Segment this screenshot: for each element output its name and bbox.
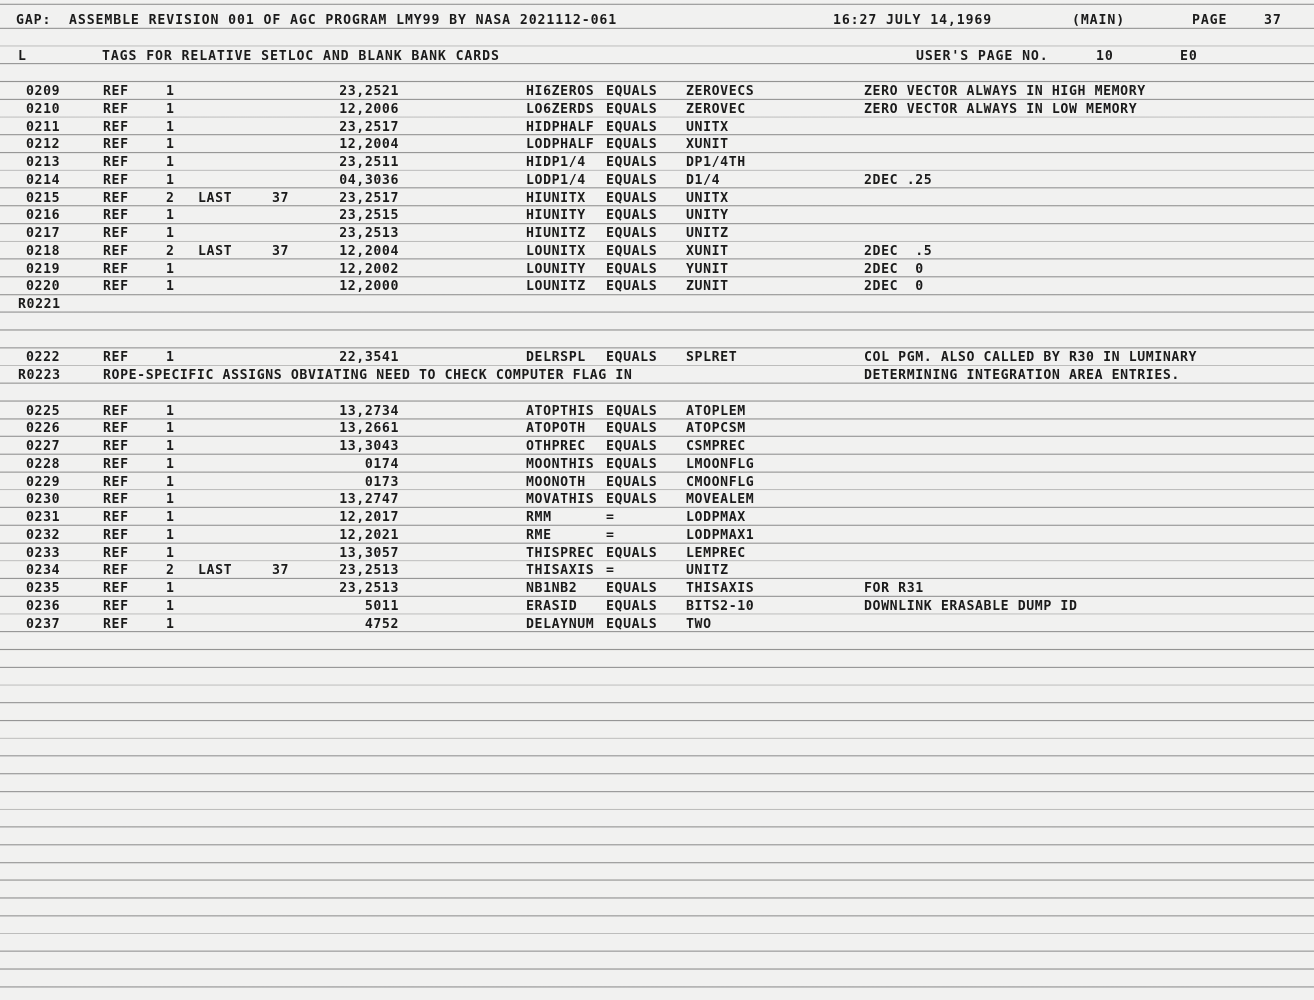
symbol-label: LOUNITX: [526, 243, 586, 261]
address: 13,2661: [339, 420, 399, 438]
operand: UNITX: [686, 119, 729, 137]
opcode: REF: [103, 243, 129, 261]
operator: EQUALS: [606, 261, 657, 279]
symbol-label: DELRSPL: [526, 349, 586, 367]
operand: LODPMAX: [686, 509, 746, 527]
operator: EQUALS: [606, 491, 657, 509]
table-row: 0212REF112,2004LODPHALFEQUALSXUNIT: [0, 136, 1314, 154]
program-title: GAP: ASSEMBLE REVISION 001 OF AGC PROGRA…: [16, 12, 617, 30]
ref-count: 1: [166, 349, 175, 367]
last-label: LAST: [198, 562, 232, 580]
ref-count: 1: [166, 527, 175, 545]
line-number: 0220: [26, 278, 60, 296]
table-row: 0225REF113,2734ATOPTHISEQUALSATOPLEM: [0, 403, 1314, 421]
users-page-number: 10: [1096, 48, 1114, 66]
line-number: 0219: [26, 261, 60, 279]
line-number: 0229: [26, 474, 60, 492]
ref-count: 1: [166, 101, 175, 119]
line-number: 0226: [26, 420, 60, 438]
comment: 2DEC 0: [864, 278, 924, 296]
line-number: 0218: [26, 243, 60, 261]
operand: UNITZ: [686, 562, 729, 580]
opcode: REF: [103, 545, 129, 563]
operator: EQUALS: [606, 580, 657, 598]
table-row: 0218REF2LAST3712,2004LOUNITXEQUALSXUNIT2…: [0, 243, 1314, 261]
symbol-label: LO6ZERDS: [526, 101, 594, 119]
operator: EQUALS: [606, 616, 657, 634]
blank-line: [0, 385, 1314, 403]
remark-line: R0221: [0, 296, 1314, 314]
address: 23,2515: [339, 207, 399, 225]
symbol-label: HIUNITY: [526, 207, 586, 225]
operand: ZEROVECS: [686, 83, 754, 101]
line-number: 0210: [26, 101, 60, 119]
symbol-label: NB1NB2: [526, 580, 577, 598]
address: 13,3057: [339, 545, 399, 563]
address: 12,2021: [339, 527, 399, 545]
section-label: (MAIN): [1072, 12, 1125, 30]
operator: EQUALS: [606, 545, 657, 563]
symbol-label: ATOPTHIS: [526, 403, 594, 421]
operand: UNITZ: [686, 225, 729, 243]
address: 23,2521: [339, 83, 399, 101]
page-number: 37: [1264, 12, 1282, 30]
opcode: REF: [103, 403, 129, 421]
ref-count: 1: [166, 207, 175, 225]
address: 12,2000: [339, 278, 399, 296]
line-number: 0222: [26, 349, 60, 367]
blank-line: [0, 332, 1314, 350]
operator: EQUALS: [606, 154, 657, 172]
log-header-line: L TAGS FOR RELATIVE SETLOC AND BLANK BAN…: [0, 48, 1314, 66]
opcode: REF: [103, 278, 129, 296]
header-suffix: E0: [1180, 48, 1198, 66]
operand: XUNIT: [686, 243, 729, 261]
ref-count: 2: [166, 190, 175, 208]
line-number: 0213: [26, 154, 60, 172]
operand: LMOONFLG: [686, 456, 754, 474]
address: 23,2513: [339, 562, 399, 580]
symbol-label: MOONOTH: [526, 474, 586, 492]
line-number: 0228: [26, 456, 60, 474]
operand: ZUNIT: [686, 278, 729, 296]
operand: YUNIT: [686, 261, 729, 279]
table-row: 0215REF2LAST3723,2517HIUNITXEQUALSUNITX: [0, 190, 1314, 208]
symbol-label: THISPREC: [526, 545, 594, 563]
operator: =: [606, 562, 615, 580]
operator: EQUALS: [606, 474, 657, 492]
opcode: REF: [103, 616, 129, 634]
ref-count: 1: [166, 580, 175, 598]
line-number: 0211: [26, 119, 60, 137]
line-number: R0223: [18, 367, 61, 385]
address: 12,2017: [339, 509, 399, 527]
symbol-label: ERASID: [526, 598, 577, 616]
opcode: REF: [103, 562, 129, 580]
symbol-label: HIDP1/4: [526, 154, 586, 172]
ref-count: 1: [166, 136, 175, 154]
operator: =: [606, 509, 615, 527]
ref-count: 1: [166, 545, 175, 563]
symbol-label: RME: [526, 527, 552, 545]
symbol-label: LOUNITY: [526, 261, 586, 279]
table-row: 0232REF112,2021RME=LODPMAX1: [0, 527, 1314, 545]
operand: CMOONFLG: [686, 474, 754, 492]
table-row: 0222REF122,3541DELRSPLEQUALSSPLRETCOL PG…: [0, 349, 1314, 367]
users-page-label: USER'S PAGE NO.: [916, 48, 1049, 66]
table-row: 0213REF123,2511HIDP1/4EQUALSDP1/4TH: [0, 154, 1314, 172]
table-row: 0219REF112,2002LOUNITYEQUALSYUNIT2DEC 0: [0, 261, 1314, 279]
table-row: 0217REF123,2513HIUNITZEQUALSUNITZ: [0, 225, 1314, 243]
address: 0174: [365, 456, 399, 474]
operand: UNITX: [686, 190, 729, 208]
operator: EQUALS: [606, 349, 657, 367]
address: 13,2734: [339, 403, 399, 421]
ref-count: 1: [166, 83, 175, 101]
operator: EQUALS: [606, 243, 657, 261]
operator: EQUALS: [606, 403, 657, 421]
line-number: 0232: [26, 527, 60, 545]
table-row: 0211REF123,2517HIDPHALFEQUALSUNITX: [0, 119, 1314, 137]
address: 13,2747: [339, 491, 399, 509]
table-row: 0235REF123,2513NB1NB2EQUALSTHISAXISFOR R…: [0, 580, 1314, 598]
table-row: 0214REF104,3036LODP1/4EQUALSD1/42DEC .25: [0, 172, 1314, 190]
line-number: 0236: [26, 598, 60, 616]
address: 23,2517: [339, 119, 399, 137]
table-row: 0231REF112,2017RMM=LODPMAX: [0, 509, 1314, 527]
opcode: REF: [103, 83, 129, 101]
opcode: REF: [103, 580, 129, 598]
operator: EQUALS: [606, 420, 657, 438]
symbol-label: MOVATHIS: [526, 491, 594, 509]
opcode: REF: [103, 438, 129, 456]
ref-count: 1: [166, 403, 175, 421]
line-number: 0233: [26, 545, 60, 563]
opcode: REF: [103, 456, 129, 474]
opcode: REF: [103, 509, 129, 527]
operand: XUNIT: [686, 136, 729, 154]
address: 23,2511: [339, 154, 399, 172]
operand: SPLRET: [686, 349, 737, 367]
operator: EQUALS: [606, 172, 657, 190]
operator: EQUALS: [606, 119, 657, 137]
remark-line: R0223ROPE-SPECIFIC ASSIGNS OBVIATING NEE…: [0, 367, 1314, 385]
comment: DETERMINING INTEGRATION AREA ENTRIES.: [864, 367, 1180, 385]
blank-line: [0, 314, 1314, 332]
address: 23,2513: [339, 580, 399, 598]
symbol-label: LOUNITZ: [526, 278, 586, 296]
address: 13,3043: [339, 438, 399, 456]
operand: ATOPCSM: [686, 420, 746, 438]
opcode: REF: [103, 207, 129, 225]
opcode: REF: [103, 349, 129, 367]
line-number: 0216: [26, 207, 60, 225]
ref-count: 1: [166, 225, 175, 243]
operator: EQUALS: [606, 136, 657, 154]
symbol-label: HIUNITZ: [526, 225, 586, 243]
ref-count: 1: [166, 598, 175, 616]
ref-count: 2: [166, 243, 175, 261]
address: 5011: [365, 598, 399, 616]
opcode: REF: [103, 119, 129, 137]
symbol-label: LODPHALF: [526, 136, 594, 154]
table-row: 0226REF113,2661ATOPOTHEQUALSATOPCSM: [0, 420, 1314, 438]
address: 0173: [365, 474, 399, 492]
ref-count: 1: [166, 119, 175, 137]
symbol-label: HIUNITX: [526, 190, 586, 208]
symbol-label: HI6ZEROS: [526, 83, 594, 101]
ref-count: 1: [166, 616, 175, 634]
address: 23,2513: [339, 225, 399, 243]
remark-text: ROPE-SPECIFIC ASSIGNS OBVIATING NEED TO …: [103, 367, 632, 385]
operand: LEMPREC: [686, 545, 746, 563]
operand: THISAXIS: [686, 580, 754, 598]
table-row: 0210REF112,2006LO6ZERDSEQUALSZEROVECZERO…: [0, 101, 1314, 119]
log-title: TAGS FOR RELATIVE SETLOC AND BLANK BANK …: [102, 48, 500, 66]
line-number: 0212: [26, 136, 60, 154]
line-number: 0231: [26, 509, 60, 527]
line-number: 0209: [26, 83, 60, 101]
operator: EQUALS: [606, 438, 657, 456]
table-row: 0236REF15011ERASIDEQUALSBITS2-10DOWNLINK…: [0, 598, 1314, 616]
operand: LODPMAX1: [686, 527, 754, 545]
opcode: REF: [103, 172, 129, 190]
table-row: 0227REF113,3043OTHPRECEQUALSCSMPREC: [0, 438, 1314, 456]
line-number: R0221: [18, 296, 61, 314]
comment: COL PGM. ALSO CALLED BY R30 IN LUMINARY: [864, 349, 1197, 367]
comment: DOWNLINK ERASABLE DUMP ID: [864, 598, 1078, 616]
table-row: 0233REF113,3057THISPRECEQUALSLEMPREC: [0, 545, 1314, 563]
ref-count: 1: [166, 438, 175, 456]
operand: ATOPLEM: [686, 403, 746, 421]
operator: =: [606, 527, 615, 545]
operand: ZEROVEC: [686, 101, 746, 119]
table-row: 0230REF113,2747MOVATHISEQUALSMOVEALEM: [0, 491, 1314, 509]
operator: EQUALS: [606, 101, 657, 119]
operator: EQUALS: [606, 207, 657, 225]
opcode: REF: [103, 527, 129, 545]
symbol-label: OTHPREC: [526, 438, 586, 456]
operator: EQUALS: [606, 83, 657, 101]
table-row: 0220REF112,2000LOUNITZEQUALSZUNIT2DEC 0: [0, 278, 1314, 296]
operator: EQUALS: [606, 278, 657, 296]
address: 04,3036: [339, 172, 399, 190]
comment: FOR R31: [864, 580, 924, 598]
header-line: GAP: ASSEMBLE REVISION 001 OF AGC PROGRA…: [0, 12, 1314, 30]
operand: TWO: [686, 616, 712, 634]
opcode: REF: [103, 261, 129, 279]
opcode: REF: [103, 101, 129, 119]
line-number: 0217: [26, 225, 60, 243]
symbol-label: LODP1/4: [526, 172, 586, 190]
symbol-label: RMM: [526, 509, 552, 527]
last-page: 37: [272, 243, 289, 261]
ref-count: 1: [166, 172, 175, 190]
table-row: 0237REF14752DELAYNUMEQUALSTWO: [0, 616, 1314, 634]
opcode: REF: [103, 136, 129, 154]
opcode: REF: [103, 420, 129, 438]
ref-count: 1: [166, 154, 175, 172]
last-label: LAST: [198, 190, 232, 208]
address: 12,2004: [339, 243, 399, 261]
last-page: 37: [272, 190, 289, 208]
ref-count: 1: [166, 474, 175, 492]
ref-count: 2: [166, 562, 175, 580]
table-row: 0209REF123,2521HI6ZEROSEQUALSZEROVECSZER…: [0, 83, 1314, 101]
symbol-label: DELAYNUM: [526, 616, 594, 634]
operator: EQUALS: [606, 456, 657, 474]
operand: UNITY: [686, 207, 729, 225]
comment: 2DEC .5: [864, 243, 932, 261]
listing-page: GAP: ASSEMBLE REVISION 001 OF AGC PROGRA…: [0, 0, 1314, 1000]
table-row: 0216REF123,2515HIUNITYEQUALSUNITY: [0, 207, 1314, 225]
table-row: 0228REF10174MOONTHISEQUALSLMOONFLG: [0, 456, 1314, 474]
symbol-label: HIDPHALF: [526, 119, 594, 137]
address: 4752: [365, 616, 399, 634]
line-number: 0225: [26, 403, 60, 421]
line-number: 0235: [26, 580, 60, 598]
table-row: 0234REF2LAST3723,2513THISAXIS=UNITZ: [0, 562, 1314, 580]
line-number: 0237: [26, 616, 60, 634]
symbol-label: ATOPOTH: [526, 420, 586, 438]
address: 12,2002: [339, 261, 399, 279]
comment: 2DEC .25: [864, 172, 932, 190]
comment: ZERO VECTOR ALWAYS IN LOW MEMORY: [864, 101, 1137, 119]
ref-count: 1: [166, 261, 175, 279]
line-number: 0215: [26, 190, 60, 208]
operand: CSMPREC: [686, 438, 746, 456]
ref-count: 1: [166, 509, 175, 527]
operand: BITS2-10: [686, 598, 754, 616]
line-number: 0214: [26, 172, 60, 190]
comment: 2DEC 0: [864, 261, 924, 279]
table-row: 0229REF10173MOONOTHEQUALSCMOONFLG: [0, 474, 1314, 492]
opcode: REF: [103, 598, 129, 616]
last-label: LAST: [198, 243, 232, 261]
operand: D1/4: [686, 172, 720, 190]
line-number: 0227: [26, 438, 60, 456]
page-label: PAGE: [1192, 12, 1227, 30]
operator: EQUALS: [606, 598, 657, 616]
line-number: 0234: [26, 562, 60, 580]
operator: EQUALS: [606, 190, 657, 208]
comment: ZERO VECTOR ALWAYS IN HIGH MEMORY: [864, 83, 1146, 101]
address: 22,3541: [339, 349, 399, 367]
ref-count: 1: [166, 420, 175, 438]
log-marker: L: [18, 48, 27, 66]
opcode: REF: [103, 474, 129, 492]
address: 12,2006: [339, 101, 399, 119]
opcode: REF: [103, 225, 129, 243]
operand: DP1/4TH: [686, 154, 746, 172]
address: 23,2517: [339, 190, 399, 208]
operator: EQUALS: [606, 225, 657, 243]
address: 12,2004: [339, 136, 399, 154]
line-number: 0230: [26, 491, 60, 509]
opcode: REF: [103, 154, 129, 172]
timestamp: 16:27 JULY 14,1969: [833, 12, 992, 30]
operand: MOVEALEM: [686, 491, 754, 509]
symbol-label: THISAXIS: [526, 562, 594, 580]
opcode: REF: [103, 491, 129, 509]
ref-count: 1: [166, 278, 175, 296]
opcode: REF: [103, 190, 129, 208]
ref-count: 1: [166, 491, 175, 509]
symbol-label: MOONTHIS: [526, 456, 594, 474]
last-page: 37: [272, 562, 289, 580]
ref-count: 1: [166, 456, 175, 474]
